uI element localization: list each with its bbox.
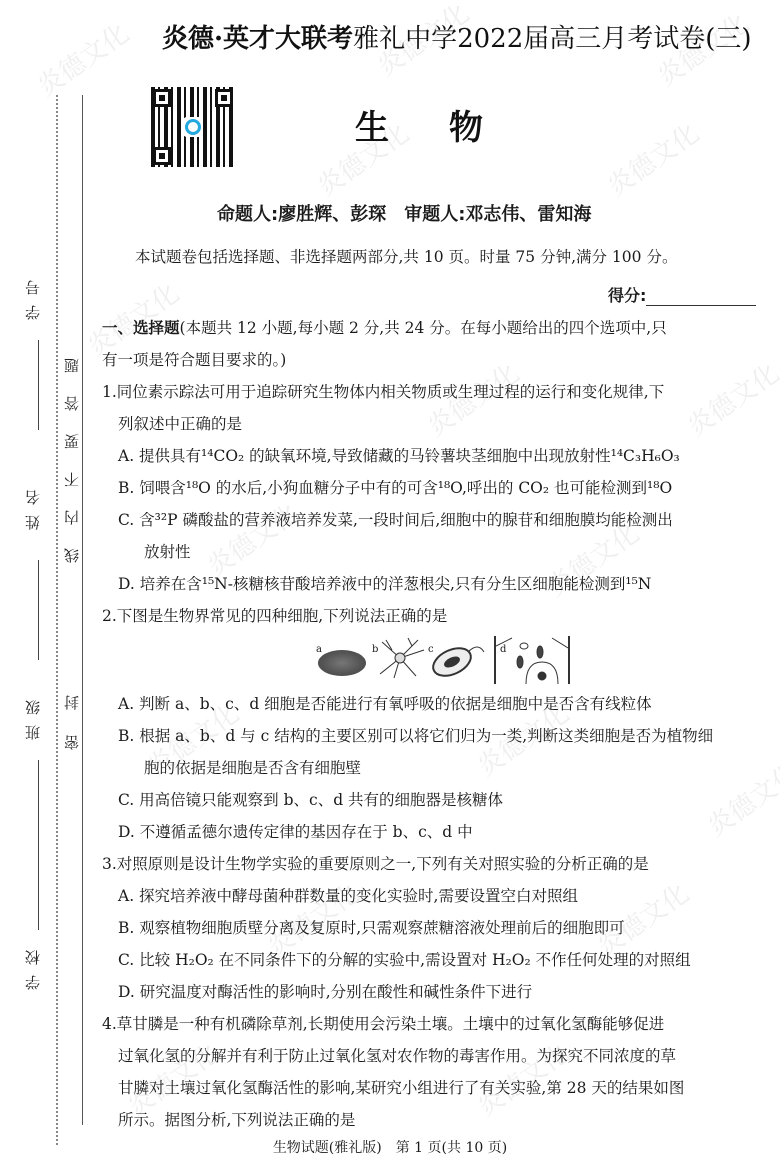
exam-intro: 本试题卷包括选择题、非选择题两部分,共 10 页。时量 75 分钟,满分 100… — [135, 245, 677, 267]
student-number-field[interactable] — [38, 340, 39, 430]
option-b[interactable]: B. 饲喂含¹⁸O 的水后,小狗血糖分子中有的可含¹⁸O,呼出的 CO₂ 也可能… — [102, 472, 778, 504]
binding-margin: 学号 姓名 班级 学校 题 答 要 不 内 线 封 密 — [0, 0, 90, 1173]
question-text: 所示。据图分析,下列说法正确的是 — [102, 1104, 778, 1136]
figure-label: b — [372, 634, 378, 666]
dotted-cut-line — [56, 95, 58, 1145]
cells-figure: a b c d — [102, 632, 778, 688]
qr-finder-icon — [153, 147, 171, 165]
section-title: 一、选择题 — [102, 319, 180, 337]
warning-char: 内 — [62, 487, 82, 525]
warning-char: 不 — [62, 449, 82, 487]
plant-cell-image: d — [494, 636, 570, 684]
option-a[interactable]: A. 判断 a、b、c、d 细胞是否能进行有氧呼吸的依据是细胞中是否含有线粒体 — [102, 688, 778, 720]
warning-char: 线 — [62, 525, 82, 563]
option-d[interactable]: D. 不遵循孟德尔遗传定律的基因存在于 b、c、d 中 — [102, 816, 778, 848]
option-b[interactable]: B. 观察植物细胞质壁分离及复原时,只需观察蔗糖溶液处理前后的细胞即可 — [102, 912, 778, 944]
exam-title: 炎德·英才大联考雅礼中学2022届高三月考试卷(三) — [162, 18, 752, 55]
question-text: 列叙述中正确的是 — [102, 408, 778, 440]
option-c-cont: 放射性 — [102, 536, 778, 568]
red-blood-cell-image: a — [318, 646, 368, 680]
question-number: 2. — [102, 607, 117, 625]
qr-finder-icon — [215, 89, 233, 107]
question-1-stem: 1.同位素示踪法可用于追踪研究生物体内相关物质或生理过程的运行和变化规律,下 — [102, 376, 778, 408]
warning-char: 题 — [62, 335, 82, 373]
score-label: 得分: — [608, 286, 646, 305]
neuron-image: b — [372, 636, 428, 680]
questions-body: 一、选择题(本题共 12 小题,每小题 2 分,共 24 分。在每小题给出的四个… — [102, 312, 778, 1136]
name-field[interactable] — [38, 560, 39, 660]
warning-char: 要 — [62, 411, 82, 449]
margin-border-line — [82, 95, 83, 1125]
student-number-label: 学号 — [22, 270, 43, 320]
seal-warning-upper: 题 答 要 不 内 线 — [62, 335, 82, 563]
section-heading: 一、选择题(本题共 12 小题,每小题 2 分,共 24 分。在每小题给出的四个… — [102, 312, 778, 344]
option-a[interactable]: A. 探究培养液中酵母菌种群数量的变化实验时,需要设置空白对照组 — [102, 880, 778, 912]
question-4-stem: 4.草甘膦是一种有机磷除草剂,长期使用会污染土壤。土壤中的过氧化氢酶能够促进 — [102, 1008, 778, 1040]
section-desc: 有一项是符合题目要求的。) — [102, 344, 778, 376]
question-number: 3. — [102, 855, 117, 873]
title-brand: 炎德·英才大联考 — [162, 24, 353, 54]
question-text: 下图是生物界常见的四种细胞,下列说法正确的是 — [117, 607, 447, 625]
score-blank-field[interactable] — [646, 291, 756, 306]
option-d[interactable]: D. 培养在含¹⁵N-核糖核苷酸培养液中的洋葱根尖,只有分生区细胞能检测到¹⁵N — [102, 568, 778, 600]
class-field[interactable] — [38, 760, 39, 930]
seal-warning-lower: 封 密 — [62, 670, 82, 750]
page-footer: 生物试题(雅礼版) 第 1 页(共 10 页) — [0, 1137, 780, 1157]
option-c[interactable]: C. 用高倍镜只能观察到 b、c、d 共有的细胞器是核糖体 — [102, 784, 778, 816]
qr-finder-icon — [153, 89, 171, 107]
warning-char: 密 — [62, 710, 82, 750]
option-b-cont: 胞的依据是细胞是否含有细胞壁 — [102, 752, 778, 784]
question-text: 同位素示踪法可用于追踪研究生物体内相关物质或生理过程的运行和变化规律,下 — [117, 383, 664, 401]
question-text: 过氧化氢的分解并有利于防止过氧化氢对农作物的毒害作用。为探究不同浓度的草 — [102, 1040, 778, 1072]
question-text: 甘膦对土壤过氧化氢酶活性的影响,某研究小组进行了有关实验,第 28 天的结果如图 — [102, 1072, 778, 1104]
class-label: 班级 — [22, 690, 43, 740]
section-desc: (本题共 12 小题,每小题 2 分,共 24 分。在每小题给出的四个选项中,只 — [180, 319, 667, 337]
qr-code[interactable] — [151, 87, 235, 167]
question-number: 4. — [102, 1015, 117, 1033]
question-text: 对照原则是设计生物学实验的重要原则之一,下列有关对照实验的分析正确的是 — [117, 855, 649, 873]
question-3-stem: 3.对照原则是设计生物学实验的重要原则之一,下列有关对照实验的分析正确的是 — [102, 848, 778, 880]
school-label: 学校 — [22, 940, 43, 990]
figure-label: c — [428, 634, 434, 666]
option-a[interactable]: A. 提供具有¹⁴CO₂ 的缺氧环境,导致储藏的马铃薯块茎细胞中出现放射性¹⁴C… — [102, 440, 778, 472]
option-c[interactable]: C. 比较 H₂O₂ 在不同条件下的分解的实验中,需设置对 H₂O₂ 不作任何处… — [102, 944, 778, 976]
option-c[interactable]: C. 含³²P 磷酸盐的营养液培养发菜,一段时间后,细胞中的腺苷和细胞膜均能检测… — [102, 504, 778, 536]
warning-char: 封 — [62, 670, 82, 710]
title-school: 雅礼中学2022届高三月考试卷(三) — [353, 24, 751, 54]
question-2-stem: 2.下图是生物界常见的四种细胞,下列说法正确的是 — [102, 600, 778, 632]
bacterium-image: c — [428, 636, 488, 680]
name-label: 姓名 — [22, 480, 43, 530]
option-d[interactable]: D. 研究温度对酶活性的影响时,分别在酸性和碱性条件下进行 — [102, 976, 778, 1008]
watermark: 炎德文化 — [599, 114, 705, 204]
score-box: 得分: — [608, 283, 756, 306]
warning-char: 答 — [62, 373, 82, 411]
subject-title: 生物 — [355, 100, 543, 149]
app-logo-icon — [183, 117, 203, 137]
authors-line: 命题人:廖胜辉、彭琛 审题人:邓志伟、雷知海 — [217, 200, 591, 226]
question-number: 1. — [102, 383, 117, 401]
option-b[interactable]: B. 根据 a、b、d 与 c 结构的主要区别可以将它们归为一类,判断这类细胞是… — [102, 720, 778, 752]
figure-label: d — [500, 634, 506, 666]
question-text: 草甘膦是一种有机磷除草剂,长期使用会污染土壤。土壤中的过氧化氢酶能够促进 — [117, 1015, 664, 1033]
